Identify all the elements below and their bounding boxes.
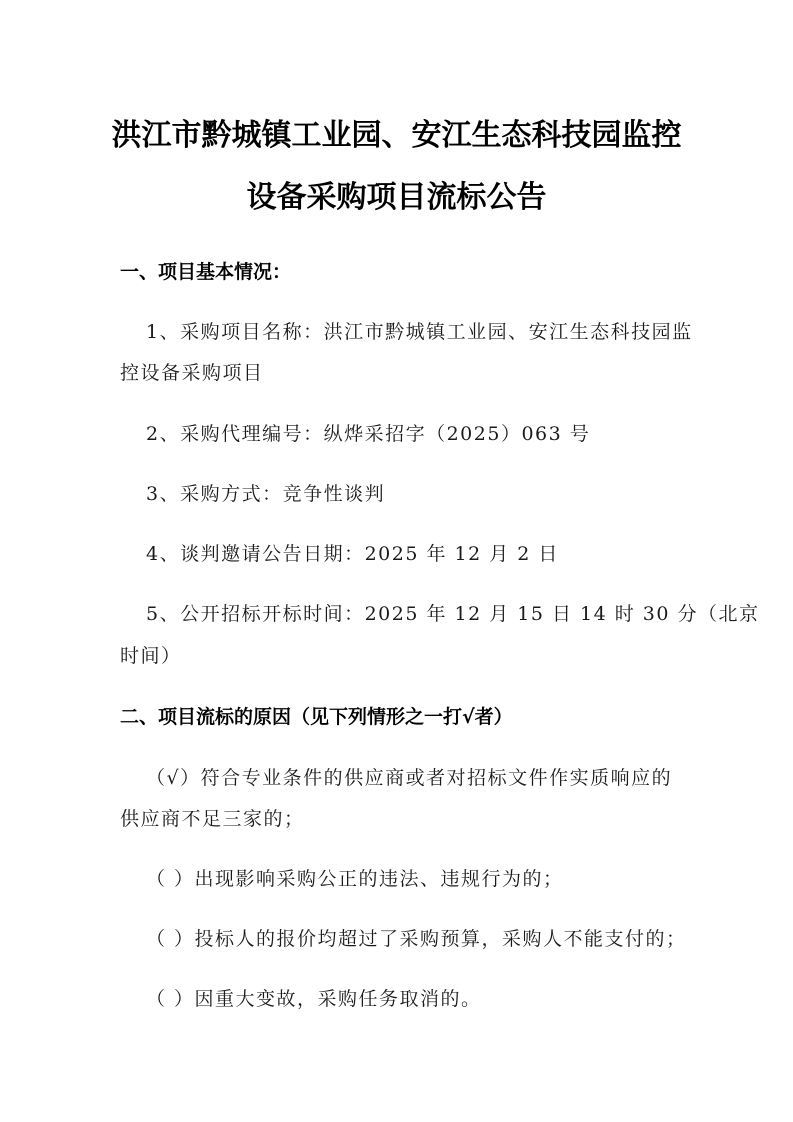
item-project-name-cont: 控设备采购项目	[120, 361, 264, 385]
reason-option-insufficient-suppliers-cont: 供应商不足三家的；	[120, 807, 305, 831]
item-invitation-date: 4、谈判邀请公告日期：2025 年 12 月 2 日	[146, 542, 559, 566]
item-procurement-method: 3、采购方式：竞争性谈判	[146, 482, 385, 506]
reason-option-insufficient-suppliers: （√）符合专业条件的供应商或者对招标文件作实质响应的	[146, 766, 672, 790]
document-title-line-1: 洪江市黔城镇工业园、安江生态科技园监控	[0, 118, 793, 154]
section-heading-basic-info: 一、项目基本情况：	[120, 260, 291, 284]
section-heading-failure-reasons: 二、项目流标的原因（见下列情形之一打√者）	[120, 705, 513, 729]
document-title-line-2: 设备采购项目流标公告	[0, 180, 793, 216]
reason-option-violations: （ ）出现影响采购公正的违法、违规行为的；	[146, 867, 564, 891]
item-project-name: 1、采购项目名称：洪江市黔城镇工业园、安江生态科技园监	[146, 320, 693, 344]
item-opening-time-cont: 时间）	[120, 644, 182, 668]
item-agency-number: 2、采购代理编号：纵烨采招字（2025）063 号	[146, 422, 590, 446]
document-page: 洪江市黔城镇工业园、安江生态科技园监控 设备采购项目流标公告 一、项目基本情况：…	[0, 0, 793, 1122]
reason-option-cancelled: （ ）因重大变故，采购任务取消的。	[146, 987, 482, 1011]
reason-option-over-budget: （ ）投标人的报价均超过了采购预算，采购人不能支付的；	[146, 927, 687, 951]
item-opening-time: 5、公开招标开标时间：2025 年 12 月 15 日 14 时 30 分（北京	[146, 602, 760, 626]
